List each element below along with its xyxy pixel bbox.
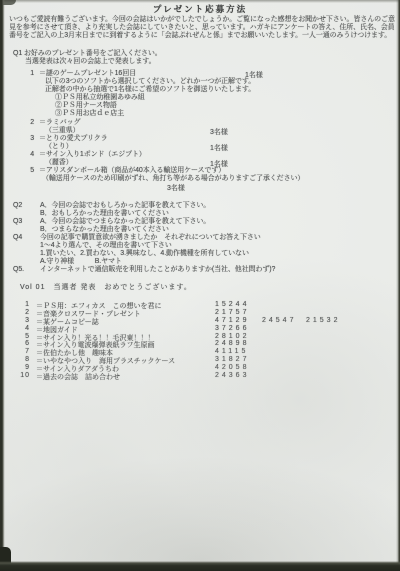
winner-number: 6 — [6, 340, 30, 347]
winner-number: 2 — [6, 309, 30, 316]
prize-1-number: 1 — [22, 70, 34, 78]
q3-text-b: B．つまらなかった理由を書いてください — [40, 226, 169, 234]
q1-line-2: 当選発表は次々回の会誌上で発表します。 — [25, 58, 156, 66]
winner-code: 31827 — [215, 356, 249, 363]
scan-edge-left — [0, 0, 5, 571]
scan-edge-top — [0, 0, 400, 3]
winner-number: 4 — [6, 325, 30, 332]
winner-code: 15244 — [215, 301, 249, 308]
prize-5-row: 5＝アリスダンボール箱（商品が40本入る輸送用ケースです） — [22, 167, 225, 175]
prize-5-note: （輸送用ケースのため印刷がずれ、角打ち等がある場合がありますご了承ください） — [42, 175, 304, 183]
prize-1-name: ＝謎のゲームプレゼント16回目 — [39, 70, 136, 77]
winner-row: 8＝いやなやつ入り 海用プラスチックケース31827 — [0, 356, 400, 364]
q2-text-b: B．おもしろかった理由を書いてください — [40, 210, 169, 218]
winner-row: 3＝某ゲームコピー誌471292454721532 — [0, 317, 400, 325]
prize-1-row: 1＝謎のゲームプレゼント16回目 — [22, 70, 136, 78]
intro-line-3: 番号をご記入の上3月末日までに到着するように「会誌ぷれぜんと係」までお願いいたし… — [9, 32, 391, 40]
q2-line-a: Q2 — [13, 202, 22, 210]
winner-code: 42058 — [215, 364, 249, 371]
winner-code: 24898 — [215, 340, 249, 347]
q5-line: Q5. — [13, 266, 24, 274]
prize-2-number: 2 — [22, 119, 34, 127]
winner-number: 9 — [6, 364, 30, 371]
winner-row: 10＝過去の会誌 詰め合わせ24363 — [0, 372, 400, 380]
scanned-newsletter-page: プレゼント応募方法 いつもご愛読有難うございます。今回の会誌はいかがでしたでしょ… — [0, 0, 400, 571]
intro-line-1: いつもご愛読有難うございます。今回の会誌はいかがでしたでしょうか。ご覧になった感… — [9, 16, 395, 24]
q3-text-a: A．今回の会誌でつまらなかった記事を教えて下さい。 — [40, 218, 210, 226]
q4-label: Q4 — [13, 234, 22, 241]
page-title: プレゼント応募方法 — [0, 5, 400, 13]
q4-text-2: 1～4より選んで、その理由を書いて下さい — [40, 242, 172, 250]
prize-3-row: 3＝とりの愛犬プリクラ — [22, 135, 108, 143]
prize-5-number: 5 — [22, 167, 34, 175]
winner-row: 6＝サイン入り電波爆弾表紙ラフ生原画24898 — [0, 340, 400, 348]
scan-edge-bottom — [0, 561, 400, 571]
winner-code: 41115 — [215, 348, 248, 355]
winner-extra-code: 21532 — [306, 317, 340, 324]
prize-4-sub: （麗香） — [45, 159, 73, 167]
intro-line-2: 見を参考にさせて頂き、より充実した会誌にしていきたいと、思っています。ハガキにア… — [9, 24, 395, 32]
prize-1-detail-1: 以下の3つのソフトから選択してください。どれか一つが正解です。 — [45, 78, 255, 86]
winner-number: 10 — [6, 372, 30, 379]
prize-2-name: ＝ラミバッグ — [39, 119, 80, 126]
scan-edge-right — [396, 0, 400, 571]
prize-3-number: 3 — [22, 135, 34, 143]
winner-code: 24363 — [215, 372, 249, 379]
winner-code: 37266 — [215, 325, 249, 332]
q4-text-4: A.守り神様 B.ヤマト — [40, 258, 122, 266]
q4-line-1: Q4 — [13, 234, 22, 242]
q2-label: Q2 — [13, 202, 22, 209]
winner-row: 4＝地図ガイド37266 — [0, 325, 400, 333]
prize-1-option-2: ②ＰＳ用ナース物語 — [55, 102, 117, 110]
prize-5-name: ＝アリスダンボール箱（商品が40本入る輸送用ケースです） — [39, 167, 225, 174]
q5-text: インターネットで通信販売を利用したことがありますか(当社、他社問わず)? — [40, 266, 275, 274]
winner-row: 2＝音楽クロスワード・プレゼント21757 — [0, 309, 400, 317]
prize-2-row: 2＝ラミバッグ — [22, 119, 80, 127]
winner-row: 7＝佐伯たかし他 趣味本41115 — [0, 348, 400, 356]
q1-line-1: Q1 お好みのプレゼント番号をご記入ください。 — [13, 50, 162, 58]
prize-3-name: ＝とりの愛犬プリクラ — [39, 135, 108, 142]
winners-heading: Vol 01 当選者 発表 おめでとうございます。 — [20, 284, 192, 292]
q4-text-3: 1.買いたい、2.買わない、3.興味なし、4.動作機種を所有していない — [40, 250, 249, 258]
prize-2-sub: （三重県） — [45, 127, 80, 135]
q3-label: Q3 — [13, 218, 22, 225]
prize-1-detail-2: 正解者の中から抽選で1名様にご希望のソフトを御送りいたします。 — [45, 86, 255, 94]
winner-code: 47129 — [215, 317, 249, 324]
prize-4-row: 4＝サイン入り1ポンド（エジプト） — [22, 151, 146, 159]
prize-4-number: 4 — [22, 151, 34, 159]
winner-row: 1＝ＰＳ用：エフィカス この想いを君に15244 — [0, 301, 400, 309]
q4-text-1: 今回の記事で購買意欲が湧きましたか それぞれについてお答え下さい — [40, 234, 261, 242]
winner-number: 3 — [6, 317, 30, 324]
winner-row: 9＝サイン入りダアダうちわ42058 — [0, 364, 400, 372]
prize-3-count: 1名様 — [210, 143, 228, 153]
winner-code: 28102 — [215, 333, 249, 340]
winner-number: 7 — [6, 348, 30, 355]
prize-2-count: 3名様 — [210, 127, 228, 137]
q5-label: Q5. — [13, 266, 24, 273]
winner-number: 5 — [6, 333, 30, 340]
prize-4-name: ＝サイン入り1ポンド（エジプト） — [39, 151, 146, 158]
winner-code: 21757 — [215, 309, 249, 316]
prize-1-option-1: ①ＰＳ用私立幼稚園あゆみ組 — [55, 94, 145, 102]
winner-number: 8 — [6, 356, 30, 363]
prize-5-count: 3名様 — [167, 183, 185, 193]
q2-text-a: A．今回の会誌でおもしろかった記事を教えて下さい。 — [40, 202, 210, 210]
prize-1-option-3: ③ＰＳ用お店ｄｅ店主 — [55, 110, 124, 118]
prize-3-sub: （とり） — [45, 143, 73, 151]
winner-number: 1 — [6, 301, 30, 308]
q3-line-a: Q3 — [13, 218, 22, 226]
winner-name: ＝過去の会誌 詰め合わせ — [36, 372, 120, 382]
winner-extra-code: 24547 — [262, 317, 296, 324]
